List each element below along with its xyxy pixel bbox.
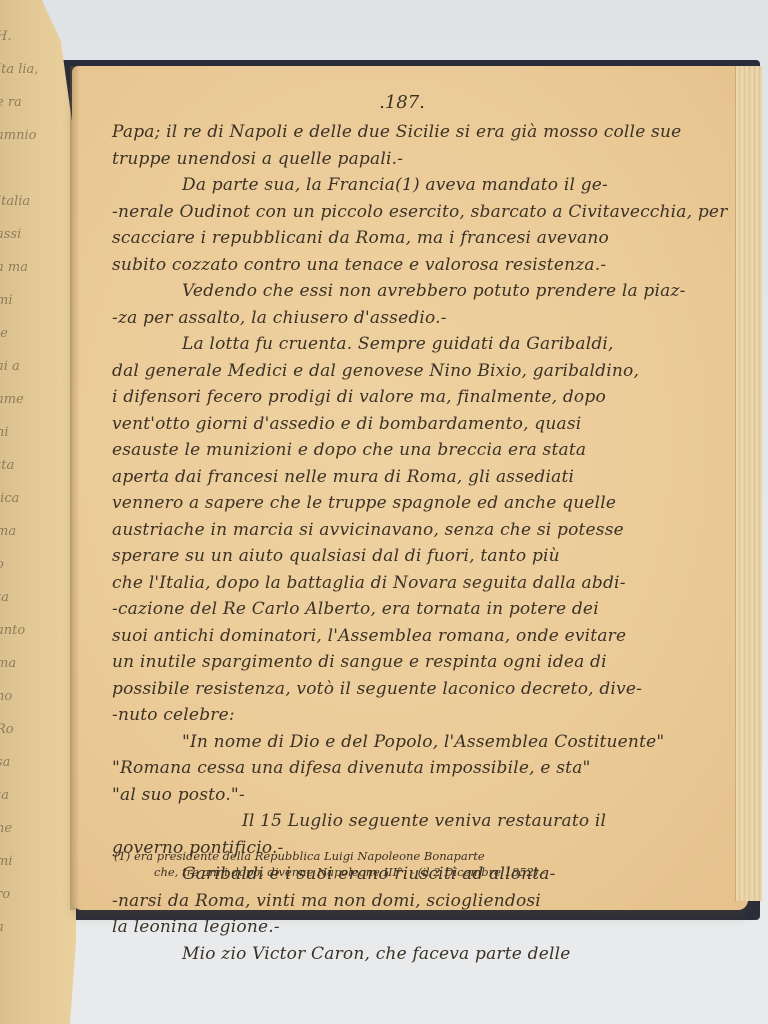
text-line: Il 15 Luglio seguente veniva restaurato … [112,808,732,835]
page-edges [735,66,762,901]
text-line: esauste le munizioni e dopo che una brec… [112,437,732,464]
footnote-line: che, tre anni dopo, divenne Napoleone II… [114,864,634,880]
text-line: Mio zio Victor Caron, che faceva parte d… [112,941,732,968]
text-line: dal generale Medici e dal genovese Nino … [112,358,732,385]
page-number: .187. [72,92,732,113]
text-line: possibile resistenza, votò il seguente l… [112,676,732,703]
text-line: -za per assalto, la chiusero d'assedio.- [112,305,732,332]
text-line: Vedendo che essi non avrebbero potuto pr… [112,278,732,305]
text-line: i difensori fecero prodigi di valore ma,… [112,384,732,411]
text-line: Papa; il re di Napoli e delle due Sicili… [112,119,732,146]
text-line: la leonina legione.- [112,914,732,941]
text-line: austriache in marcia si avvicinavano, se… [112,517,732,544]
text-line: Da parte sua, la Francia(1) aveva mandat… [112,172,732,199]
text-line: aperta dai francesi nelle mura di Roma, … [112,464,732,491]
page-gutter [70,66,80,910]
quote-line: "In nome di Dio e del Popolo, l'Assemble… [112,729,732,756]
text-line: subito cozzato contro una tenace e valor… [112,252,732,279]
quote-line: "Romana cessa una difesa divenuta imposs… [112,755,732,782]
text-line: La lotta fu cruenta. Sempre guidati da G… [112,331,732,358]
text-line: vennero a sapere che le truppe spagnole … [112,490,732,517]
text-line: truppe unendosi a quelle papali.- [112,146,732,173]
text-line: -nerale Oudinot con un piccolo esercito,… [112,199,732,226]
footnote: (1) era presidente della Repubblica Luig… [114,848,634,880]
footnote-marker: (1) [114,849,130,863]
text-line: -nuto celebre: [112,702,732,729]
footnote-line: era presidente della Repubblica Luigi Na… [134,849,485,863]
text-line: -cazione del Re Carlo Alberto, era torna… [112,596,732,623]
text-line: sperare su un aiuto qualsiasi dal di fuo… [112,543,732,570]
text-line: scacciare i repubblicani da Roma, ma i f… [112,225,732,252]
left-page-text: H.Ita lia,e raamnioiItaliaassia mamileai… [0,20,76,944]
manuscript-text: .187. Papa; il re di Napoli e delle due … [112,92,732,967]
quote-line: "al suo posto."- [112,782,732,809]
text-line: vent'otto giorni d'assedio e di bombarda… [112,411,732,438]
text-line: un inutile spargimento di sangue e respi… [112,649,732,676]
text-line: suoi antichi dominatori, l'Assemblea rom… [112,623,732,650]
left-page: H.Ita lia,e raamnioiItaliaassia mamileai… [0,0,76,1024]
text-line: che l'Italia, dopo la battaglia di Novar… [112,570,732,597]
text-line: -narsi da Roma, vinti ma non domi, sciog… [112,888,732,915]
